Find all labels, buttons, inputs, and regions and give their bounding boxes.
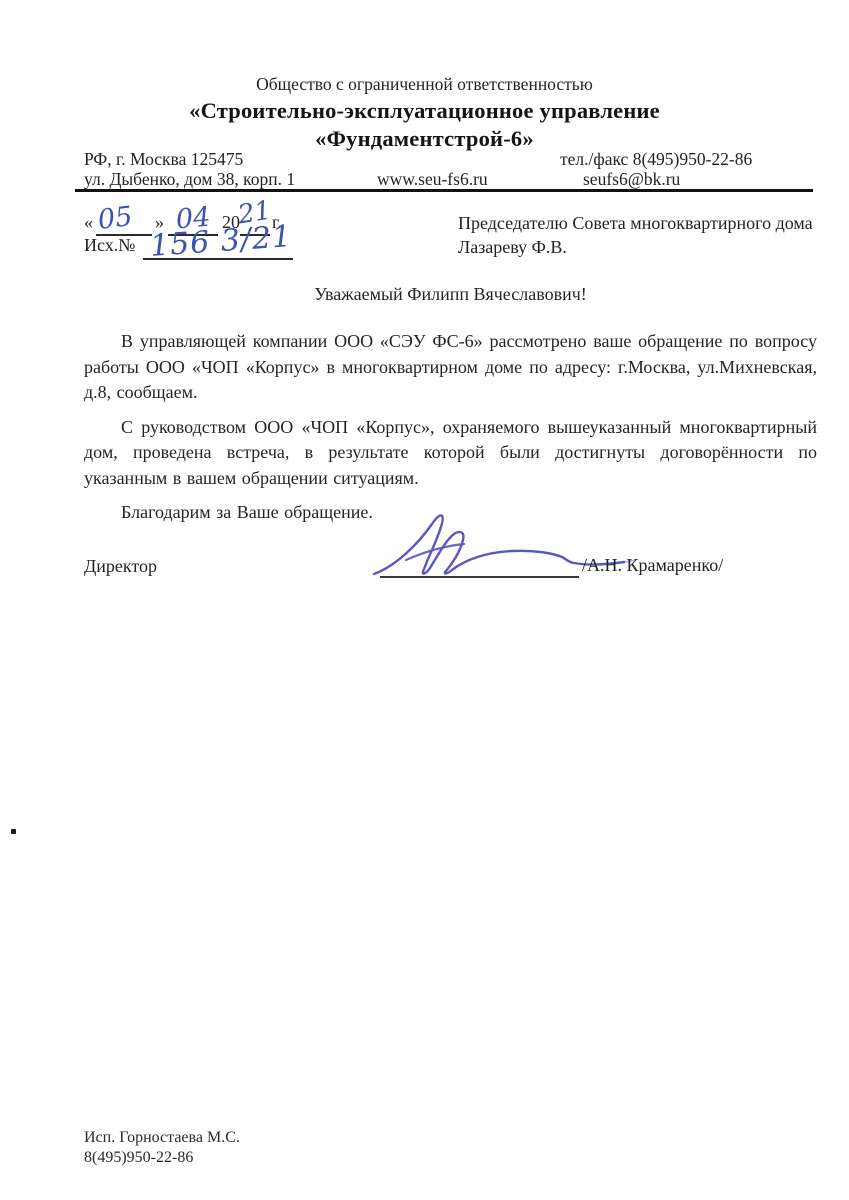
executor-phone: 8(495)950-22-86 bbox=[84, 1148, 240, 1168]
signer-name: /А.Н. Крамаренко/ bbox=[582, 555, 723, 576]
date-day-handwritten: 05 bbox=[96, 201, 134, 236]
org-website: www.seu-fs6.ru bbox=[377, 169, 488, 190]
ref-label: Исх.№ bbox=[84, 235, 135, 256]
recipient-name: Лазареву Ф.В. bbox=[458, 235, 813, 259]
date-quote-open: « bbox=[84, 212, 93, 233]
footer-block: Исп. Горностаева М.С. 8(495)950-22-86 bbox=[84, 1128, 240, 1168]
recipient-title: Председателю Совета многоквартирного дом… bbox=[458, 211, 813, 235]
org-address-line1: РФ, г. Москва 125475 bbox=[84, 149, 243, 170]
salutation: Уважаемый Филипп Вячеславович! bbox=[84, 284, 817, 305]
org-email: seufs6@bk.ru bbox=[583, 169, 680, 190]
scanned-letter-page: Общество с ограниченной ответственностью… bbox=[0, 0, 849, 1200]
org-phone: тел./факс 8(495)950-22-86 bbox=[560, 149, 752, 170]
body-paragraph-1: В управляющей компании ООО «СЭУ ФС-6» ра… bbox=[84, 329, 817, 406]
org-type-line: Общество с ограниченной ответственностью bbox=[0, 74, 849, 95]
body-paragraph-2: С руководством ООО «ЧОП «Корпус», охраня… bbox=[84, 415, 817, 492]
header-divider-rule bbox=[75, 189, 813, 192]
org-name-line1: «Строительно-эксплуатационное управление bbox=[0, 98, 849, 124]
scan-artifact-dot bbox=[11, 829, 16, 834]
executor-name: Исп. Горностаева М.С. bbox=[84, 1128, 240, 1148]
recipient-block: Председателю Совета многоквартирного дом… bbox=[458, 211, 813, 259]
signature-line bbox=[380, 576, 579, 578]
letter-body: Уважаемый Филипп Вячеславович! В управля… bbox=[84, 284, 817, 535]
org-address-line2: ул. Дыбенко, дом 38, корп. 1 bbox=[84, 169, 295, 190]
signer-title: Директор bbox=[84, 556, 157, 577]
